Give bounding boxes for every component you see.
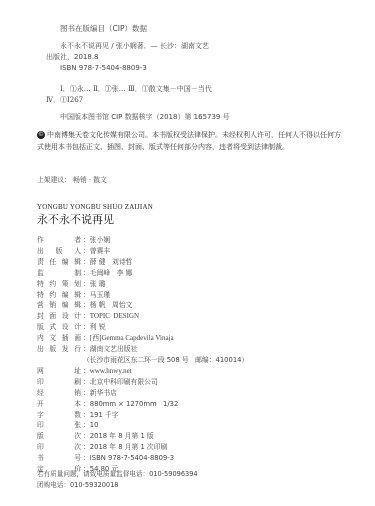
credit-sheets: 印 张：10 bbox=[37, 420, 248, 431]
credit-planner: 特约策划：张 璐 bbox=[37, 279, 248, 290]
credit-printing: 印 次：2018 年 8 月第 1 次印刷 bbox=[37, 442, 248, 453]
cip-entry-line-2: 出版社，2018.8 bbox=[46, 52, 99, 63]
credit-website: 网 址：www.hnwy.net bbox=[37, 366, 248, 377]
credit-layout-design: 版式设计：利 锐 bbox=[37, 322, 248, 333]
cip-heading: 图书在版编目（CIP）数据 bbox=[60, 23, 147, 34]
contact-info: 若有质量问题，请致电质量监督电话：010-59096394 团购电话：010-5… bbox=[37, 469, 198, 491]
credit-printer: 印 刷：北京中科印刷有限公司 bbox=[37, 377, 248, 388]
publisher-address: （长沙市雨花区东二环一段 508 号 邮编：410014） bbox=[37, 355, 248, 366]
credit-word-count: 字 数：191 千字 bbox=[37, 410, 248, 421]
book-title: 永不永不说再见 bbox=[37, 211, 114, 227]
credit-editor: 责任编辑：薛 健 刘诗哲 bbox=[37, 257, 248, 268]
copyright-page: 图书在版编目（CIP）数据 永不永不说再见 / 张小娴著．— 长沙：湖南文艺 出… bbox=[0, 0, 375, 506]
credit-distributor: 经 销：新华书店 bbox=[37, 388, 248, 399]
credit-supervisor: 监 制：毛闽峰 李 娜 bbox=[37, 268, 248, 279]
credit-special-editor: 特约编辑：马玉瑾 bbox=[37, 290, 248, 301]
credit-publisher: 出 版 人：曾赛丰 bbox=[37, 246, 248, 257]
copyright-notice: ©中南博集天卷文化传媒有限公司。本书版权受法律保护。未经权利人许可，任何人不得以… bbox=[37, 129, 347, 153]
copyright-text: 中南博集天卷文化传媒有限公司。本书版权受法律保护。未经权利人许可，任何人不得以任… bbox=[37, 131, 341, 151]
credit-author: 作 者：张小娴 bbox=[37, 235, 248, 246]
credit-illustration: 内文插画：[西]Gemma Capdevila Vinaja bbox=[37, 333, 248, 344]
cip-isbn: ISBN 978-7-5404-8809-3 bbox=[60, 63, 147, 74]
shelf-suggestion: 上架建议： 畅销 · 散文 bbox=[37, 174, 107, 184]
copyright-icon: © bbox=[37, 131, 45, 139]
cip-data-number: 中国版本图书馆 CIP 数据核字（2018）第 165739 号 bbox=[60, 112, 230, 123]
credits-list: 作 者：张小娴 出 版 人：曾赛丰 责任编辑：薛 健 刘诗哲 监 制：毛闽峰 李… bbox=[37, 235, 248, 475]
credit-isbn: 书 号：ISBN 978-7-5404-8809-3 bbox=[37, 453, 248, 464]
credit-marketing-editor: 营销编辑：杨 帆 周怡文 bbox=[37, 300, 248, 311]
credit-edition: 版 次：2018 年 8 月第 1 版 bbox=[37, 431, 248, 442]
credit-cover-design: 封面设计：TOPIC DESIGN bbox=[37, 311, 248, 322]
quality-hotline: 若有质量问题，请致电质量监督电话：010-59096394 bbox=[37, 469, 198, 480]
title-pinyin: YONGBU YONGBU SHUO ZAIJIAN bbox=[37, 203, 153, 211]
cip-classification-line-1: Ⅰ．①永… Ⅱ．①张… Ⅲ．①散文集－中国－当代 bbox=[60, 84, 212, 95]
cip-entry-line-1: 永不永不说再见 / 张小娴著．— 长沙：湖南文艺 bbox=[60, 41, 209, 52]
cip-classification-line-2: Ⅳ．①I267 bbox=[46, 95, 83, 106]
group-purchase-hotline: 团购电话：010-59320018 bbox=[37, 480, 198, 491]
credit-distribution: 出版发行：湖南文艺出版社 bbox=[37, 344, 248, 355]
credit-format: 开 本：880mm × 1270mm 1/32 bbox=[37, 399, 248, 410]
